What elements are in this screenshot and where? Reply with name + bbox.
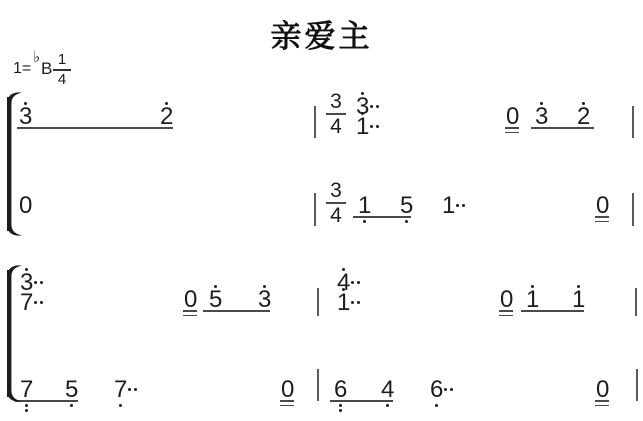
rest-underline [280,400,294,402]
note-digit: 1 [572,288,585,312]
rest-underline [499,310,513,312]
rest-digit: 0 [596,378,609,402]
octave-down-dot [119,404,122,407]
rest-digit: 0 [281,378,294,402]
rest-digit: 0 [506,105,519,129]
chord-note-digit: 1 [337,291,350,315]
barline [317,369,319,401]
system-bracket-icon [4,264,24,403]
note-digit: 2 [577,105,590,129]
rest-digit: 0 [596,194,609,218]
note-digit: 6 [430,378,443,402]
augmentation-dot [351,301,354,304]
time-signature: 34 [324,182,348,224]
barline [635,288,637,316]
augmentation-dot [376,125,379,128]
barline [632,106,634,138]
note-digit: 3 [258,288,271,312]
octave-down-dot [339,404,342,407]
augmentation-dot [462,204,465,207]
octave-down-dot [25,409,28,412]
barline [636,369,638,401]
rest-digit: 0 [500,288,513,312]
rest-underline [595,400,609,402]
barline [314,193,316,226]
rest-underline [595,216,609,218]
augmentation-dot [128,388,131,391]
system-bracket-icon [4,91,24,237]
chord-note-digit: 1 [356,115,369,139]
note-digit: 5 [65,378,78,402]
time-signature-numerator: 3 [324,93,348,110]
barline [632,193,634,226]
augmentation-dot [40,281,43,284]
octave-down-dot [435,404,438,407]
time-signature: 34 [324,93,348,135]
octave-down-dot [405,220,408,223]
augmentation-dot [34,301,37,304]
rest-underline [595,405,609,407]
octave-down-dot [70,404,73,407]
note-digit: 5 [209,288,222,312]
rest-underline [595,221,609,223]
note-digit: 4 [381,378,394,402]
rest-underline [183,315,197,317]
augmentation-dot [376,105,379,108]
sheet-music-page: 亲爱主 1= ♭ B 1 4 3234310320341510370534101… [0,0,643,421]
rest-underline [505,127,519,129]
augmentation-dot [357,281,360,284]
augmentation-dot [444,388,447,391]
note-digit: 1 [526,288,539,312]
note-digit: 6 [334,378,347,402]
rest-underline [280,405,294,407]
augmentation-dot [34,281,37,284]
octave-down-dot [363,220,366,223]
note-digit: 1 [358,194,371,218]
augmentation-dot [456,204,459,207]
octave-down-dot [339,409,342,412]
augmentation-dot [134,388,137,391]
note-digit: 5 [400,194,413,218]
score-canvas: 3234310320341510370534101175706460 [0,0,643,421]
octave-down-dot [386,404,389,407]
augmentation-dot [357,301,360,304]
augmentation-dot [351,281,354,284]
augmentation-dot [370,105,373,108]
time-signature-denominator: 4 [324,207,348,224]
note-digit: 2 [160,105,173,129]
rest-underline [183,310,197,312]
time-signature-denominator: 4 [324,118,348,135]
augmentation-dot [40,301,43,304]
octave-down-dot [25,404,28,407]
rest-digit: 0 [184,288,197,312]
augmentation-dot [450,388,453,391]
beam-underline [17,127,173,129]
barline [317,288,319,316]
note-digit: 7 [114,378,127,402]
rest-underline [505,132,519,134]
note-digit: 1 [442,194,455,218]
barline [314,106,316,138]
rest-underline [499,315,513,317]
augmentation-dot [370,125,373,128]
time-signature-numerator: 3 [324,182,348,199]
note-digit: 3 [535,105,548,129]
